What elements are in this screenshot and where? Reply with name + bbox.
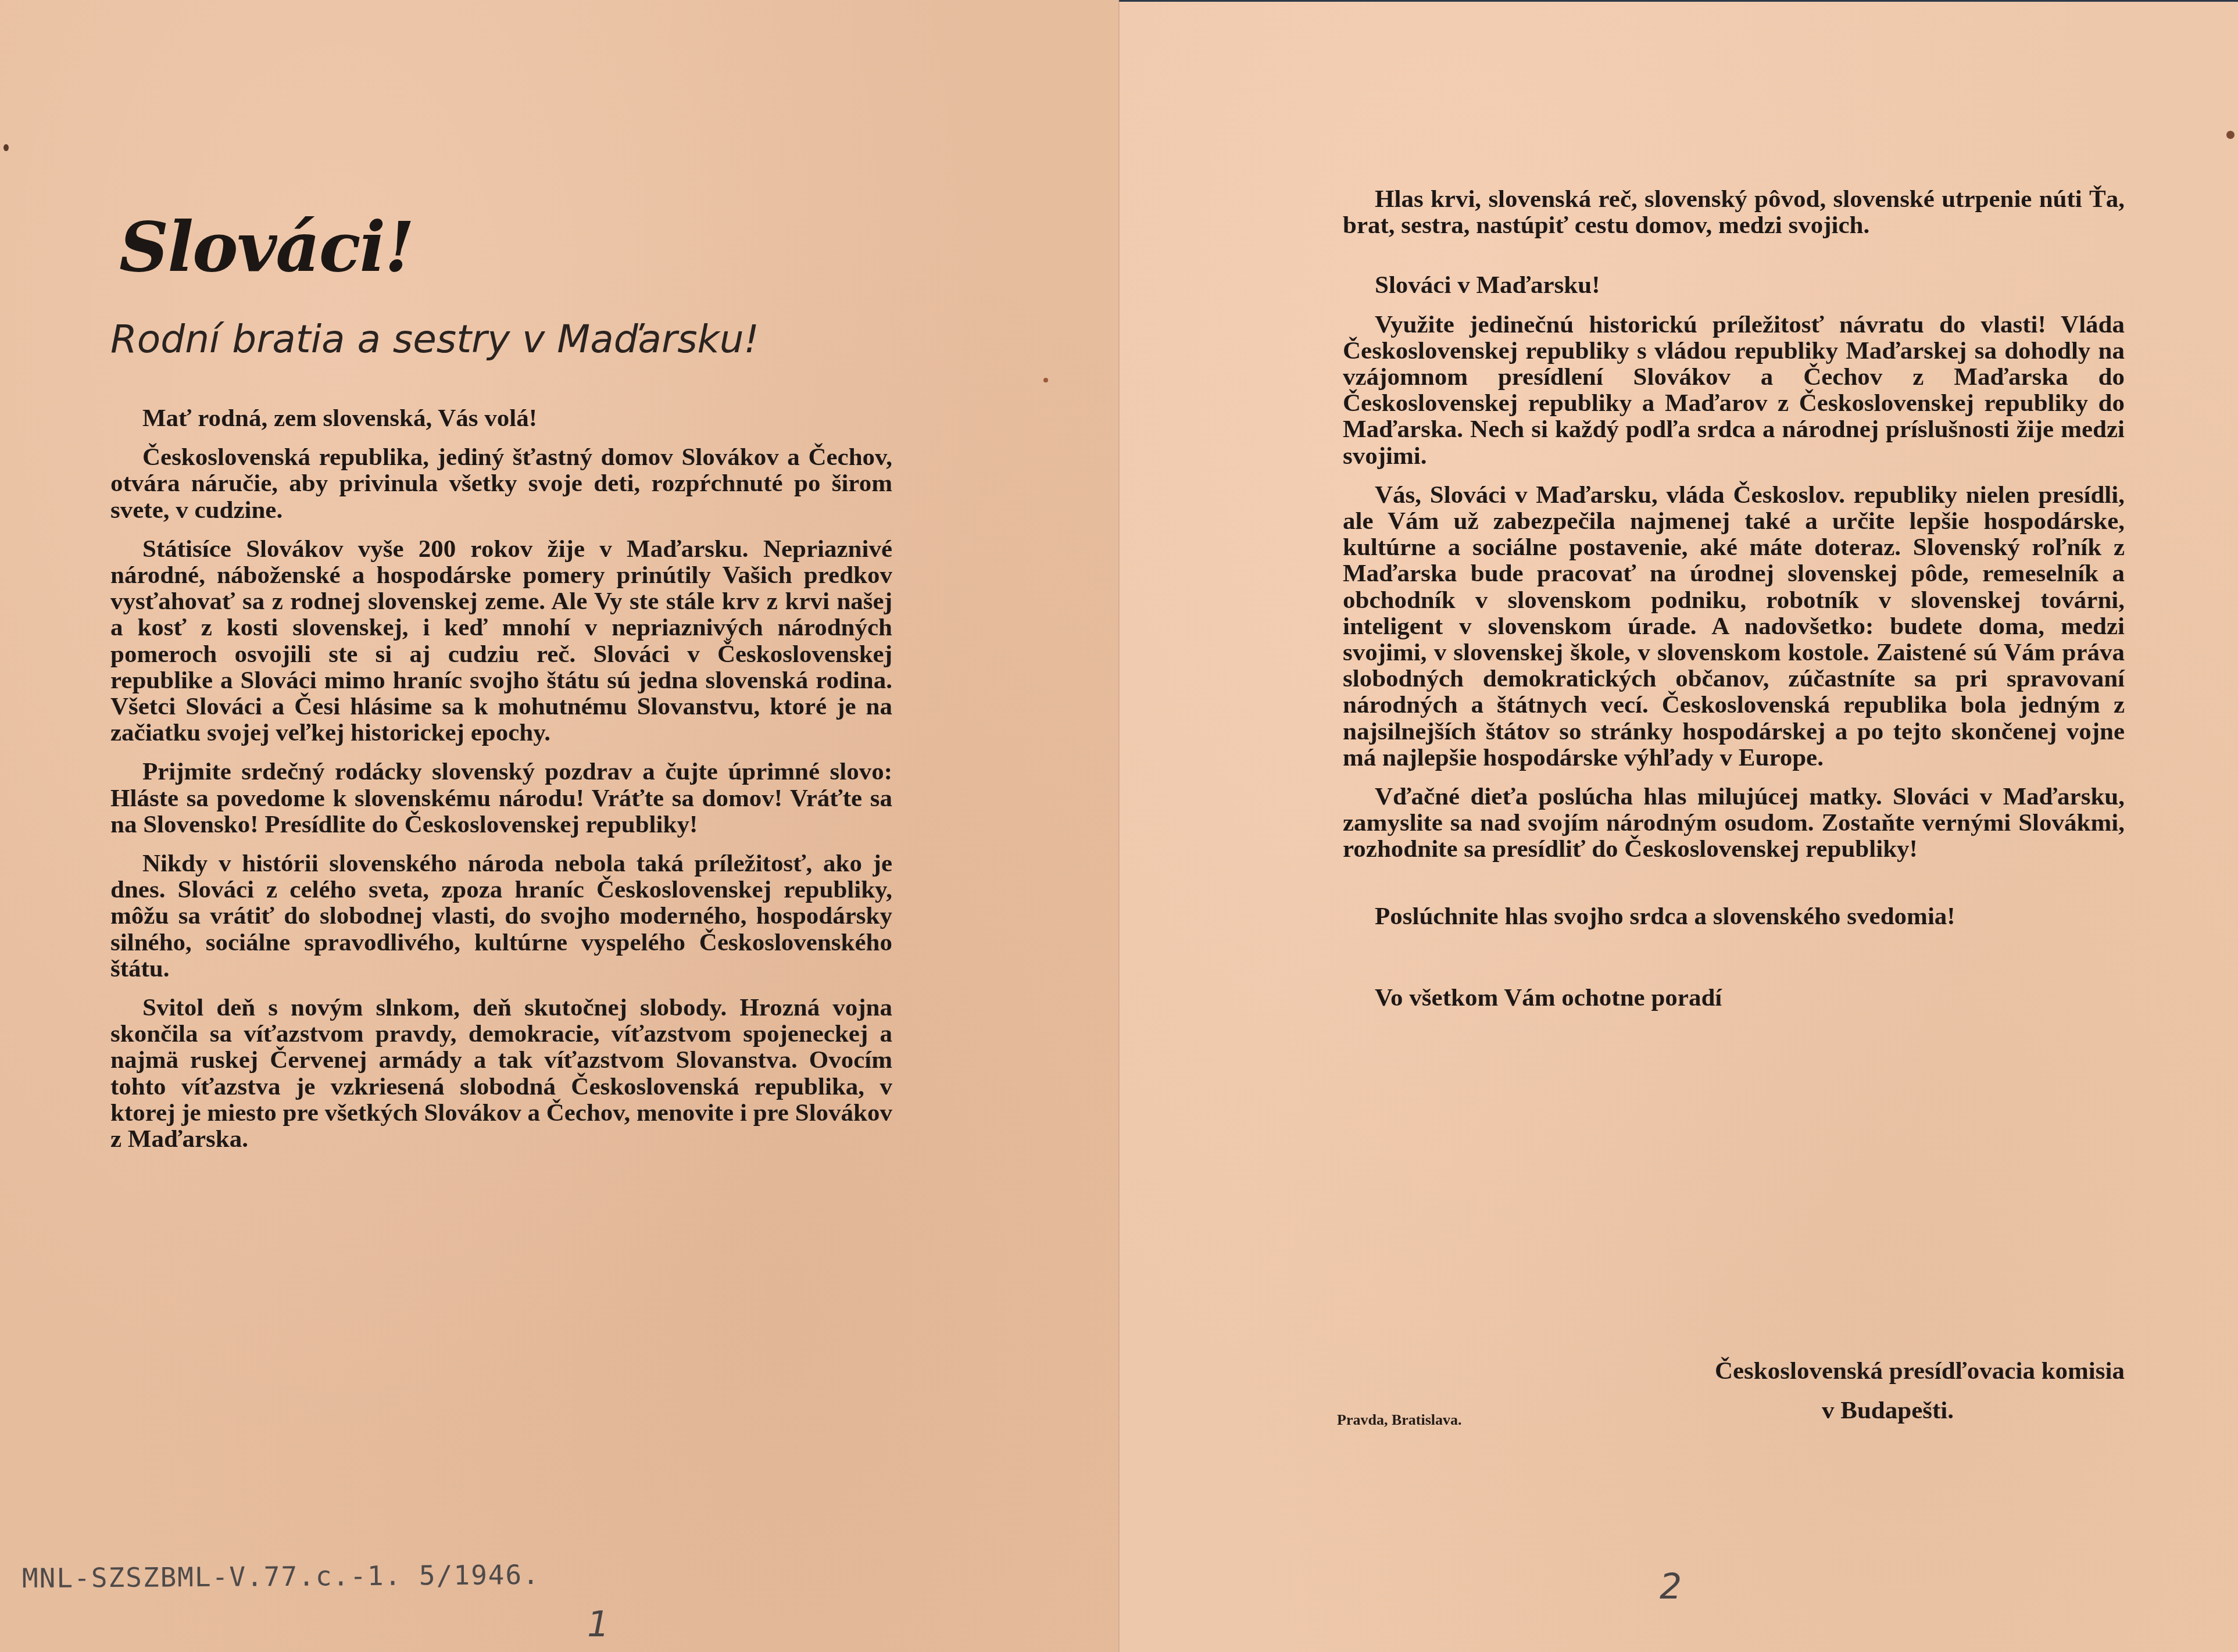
paragraph: Československá republika, jediný šťastný… xyxy=(110,444,892,523)
signature-organization: Československá presídľovacia komisia xyxy=(1715,1357,2125,1385)
left-text-column: Mať rodná, zem slovenská, Vás volá! Česk… xyxy=(110,405,892,1165)
paper-speck xyxy=(2226,131,2235,139)
paragraph: Mať rodná, zem slovenská, Vás volá! xyxy=(110,405,892,431)
paper-speck xyxy=(1043,378,1048,382)
printer-imprint: Pravda, Bratislava. xyxy=(1337,1411,1462,1429)
paragraph: Prijmite srdečný rodácky slovenský pozdr… xyxy=(110,759,892,838)
signature-block: Československá presídľovacia komisia v B… xyxy=(1581,1351,2125,1431)
section-heading: Slováci v Maďarsku! xyxy=(1343,272,2125,298)
advice-offer: Vo všetkom Vám ochotne poradí xyxy=(1343,985,2125,1011)
signature-location: v Budapešti. xyxy=(1581,1391,2125,1431)
paragraph: Nikdy v histórii slovenského národa nebo… xyxy=(110,850,892,982)
paragraph: Státisíce Slovákov vyše 200 rokov žije v… xyxy=(110,536,892,746)
closing-appeal: Poslúchnite hlas svojho srdca a slovensk… xyxy=(1343,903,2125,929)
archive-reference: MNL-SZSZBML-V.77.c.-1. 5/1946. xyxy=(22,1559,540,1594)
leaflet-title: Slováci! xyxy=(119,206,413,287)
paragraph: Svitol deň s novým slnkom, deň skutočnej… xyxy=(110,995,892,1152)
scan-edge xyxy=(1119,0,2238,2)
paragraph: Vďačné dieťa poslúcha hlas milujúcej mat… xyxy=(1343,784,2125,863)
right-text-column: Hlas krvi, slovenská reč, slovenský pôvo… xyxy=(1343,186,2125,1011)
paragraph: Využite jedinečnú historickú príležitosť… xyxy=(1343,312,2125,469)
page-seam xyxy=(1118,0,1120,1652)
leaflet-subtitle: Rodní bratia a sestry v Maďarsku! xyxy=(110,317,759,362)
paragraph: Vás, Slováci v Maďarsku, vláda Českoslov… xyxy=(1343,482,2125,771)
paper-speck xyxy=(3,144,9,151)
intro-paragraph: Hlas krvi, slovenská reč, slovenský pôvo… xyxy=(1343,186,2125,238)
page-number-left: 1 xyxy=(587,1604,609,1645)
page-number-right: 2 xyxy=(1660,1567,1682,1607)
